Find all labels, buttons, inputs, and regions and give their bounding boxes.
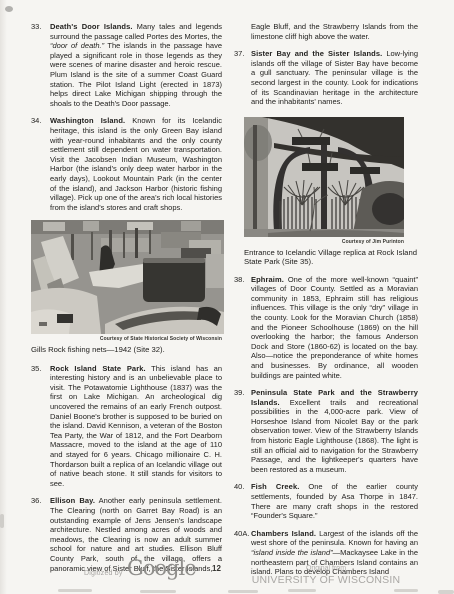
item-text: Sister Bay and the Sister Islands. Low-l… (251, 49, 418, 107)
item-number: 36. (31, 496, 50, 573)
item-title: Chambers Island. (251, 529, 316, 538)
scan-artifact (140, 590, 176, 593)
item-text: Fish Creek. One of the earlier county se… (251, 482, 418, 520)
item-body: Excellent trails and recreational possib… (251, 398, 418, 474)
item-body: One of the more well-known “quaint” vill… (251, 275, 418, 380)
item-number: 33. (31, 22, 50, 108)
item-body: Eagle Bluff, and the Strawberry Islands … (251, 22, 418, 41)
item-33: 33. Death's Door Islands. Many tales and… (31, 22, 222, 108)
page-number: 12 (212, 564, 221, 573)
photo-caption: Gills Rock fishing nets—1942 (Site 32). (31, 345, 222, 354)
item-title: Sister Bay and the Sister Islands. (251, 49, 382, 58)
item-text: Eagle Bluff, and the Strawberry Islands … (251, 22, 418, 41)
item-number: 38. (234, 275, 251, 381)
item-body-italic: “door of death.” (50, 41, 104, 50)
item-number: 40. (234, 482, 251, 520)
item-title: Fish Creek. (251, 482, 299, 491)
photo-credit: Courtesy of State Historical Society of … (31, 336, 222, 342)
scan-artifact (394, 589, 418, 592)
item-34: 34. Washington Island. Known for its Ice… (31, 116, 222, 212)
scanned-book-page: 33. Death's Door Islands. Many tales and… (0, 0, 454, 594)
continuation-indent (234, 22, 251, 41)
scan-artifact (0, 514, 4, 528)
item-title: Washington Island. (50, 116, 125, 125)
scan-artifact (58, 589, 92, 592)
item-title: Ellison Bay. (50, 496, 95, 505)
university-label: UNIVERSITY OF WISCONSIN (234, 574, 418, 586)
item-number: 35. (31, 364, 50, 489)
scan-artifact (228, 590, 258, 593)
item-36-continuation: Eagle Bluff, and the Strawberry Islands … (234, 22, 418, 41)
gills-rock-fishing-nets-photo (31, 220, 222, 334)
item-title: Death's Door Islands. (50, 22, 133, 31)
item-body: This island has an interesting history a… (50, 364, 222, 488)
item-39: 39. Peninsula State Park and the Strawbe… (234, 388, 418, 474)
digitized-by-label: Digitized by (84, 570, 123, 577)
item-40: 40. Fish Creek. One of the earlier count… (234, 482, 418, 520)
item-text: Death's Door Islands. Many tales and leg… (50, 22, 222, 108)
item-number: 34. (31, 116, 50, 212)
item-title: Ephraim. (251, 275, 284, 284)
item-body-cont: The islands in the passage have played a… (50, 41, 222, 108)
photo-caption: Entrance to Icelandic Village replica at… (244, 248, 417, 267)
google-logo: Google (127, 556, 196, 580)
photo-credit: Courtesy of Jim Purinton (244, 239, 404, 245)
column-right: Eagle Bluff, and the Strawberry Islands … (234, 22, 418, 585)
figure-gills-rock: Courtesy of State Historical Society of … (31, 220, 222, 354)
item-body-italic: “island inside the island” (251, 548, 333, 557)
figure-icelandic-gate: Courtesy of Jim Purinton Entrance to Ice… (244, 117, 417, 267)
icelandic-village-gate-photo (244, 117, 417, 237)
item-body: Known for its Icelandic heritage, this i… (50, 116, 222, 211)
item-text: Ephraim. One of the more well-known “qua… (251, 275, 418, 381)
item-38: 38. Ephraim. One of the more well-known … (234, 275, 418, 381)
scan-artifact (438, 590, 454, 594)
scan-artifact (288, 589, 316, 592)
original-from-label: Original from (234, 565, 418, 572)
item-text: Peninsula State Park and the Strawberry … (251, 388, 418, 474)
item-35: 35. Rock Island State Park. This island … (31, 364, 222, 489)
scan-artifact (5, 6, 13, 12)
column-left: 33. Death's Door Islands. Many tales and… (31, 22, 222, 581)
item-text: Washington Island. Known for its Iceland… (50, 116, 222, 212)
item-number: 39. (234, 388, 251, 474)
item-title: Rock Island State Park. (50, 364, 146, 373)
item-37: 37. Sister Bay and the Sister Islands. L… (234, 49, 418, 107)
item-text: Rock Island State Park. This island has … (50, 364, 222, 489)
item-number: 37. (234, 49, 251, 107)
